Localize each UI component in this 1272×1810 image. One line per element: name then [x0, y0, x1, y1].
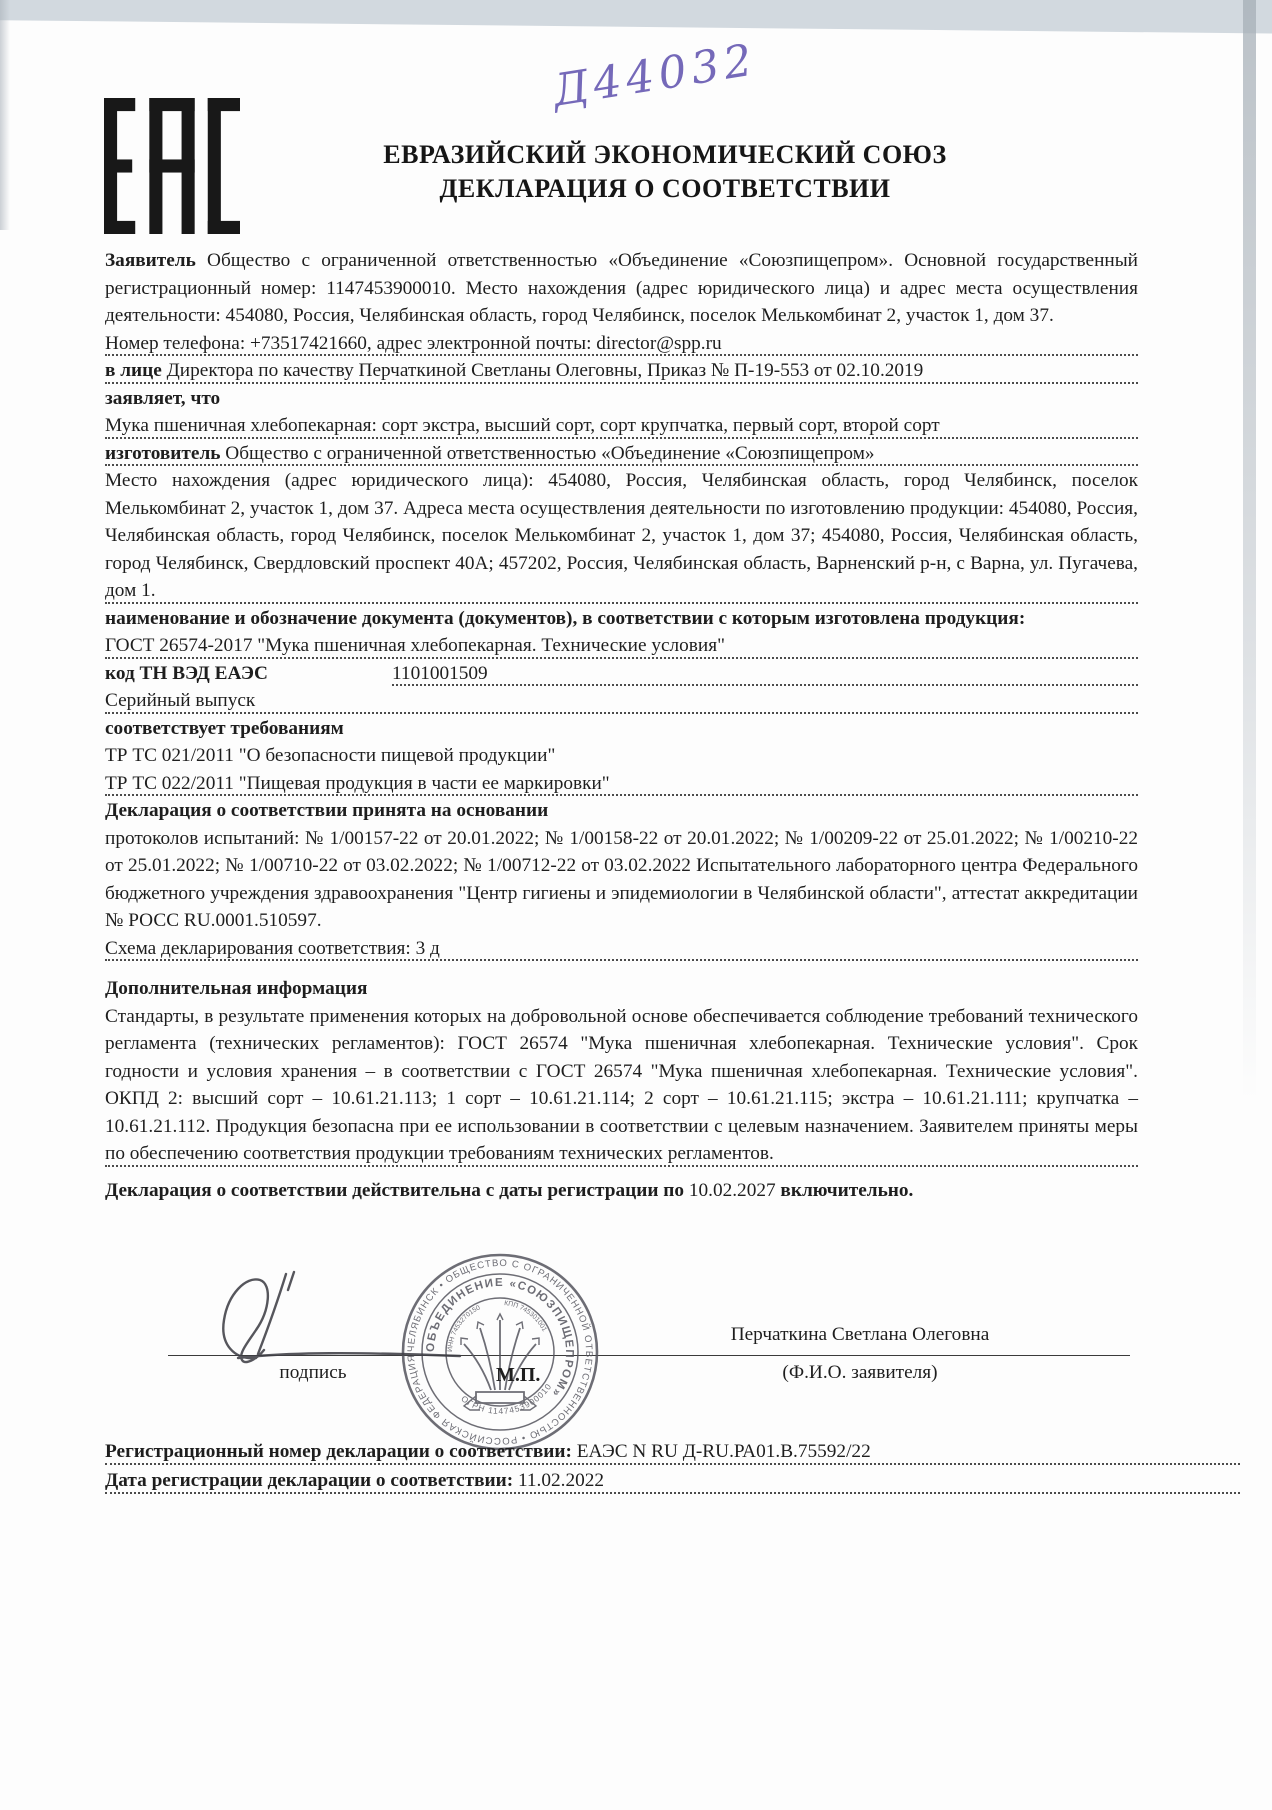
complies-heading: соответствует требованиям: [105, 715, 1138, 743]
validity-date: 10.02.2027: [689, 1180, 776, 1201]
scanner-edge-band-top: [0, 0, 1272, 34]
validity-suffix: включительно.: [776, 1180, 914, 1201]
tnved-line: код ТН ВЭД ЕАЭС 1101001509: [105, 660, 1138, 688]
manufacturer-text: Общество с ограниченной ответственностью…: [225, 443, 874, 464]
applicant-label: Заявитель: [105, 250, 196, 271]
doc-heading: наименование и обозначение документа (до…: [105, 605, 1138, 633]
v-lice-text: Директора по качеству Перчаткиной Светла…: [167, 360, 924, 381]
tnved-value: 1101001509: [392, 660, 1138, 688]
protocols-paragraph: протоколов испытаний: № 1/00157-22 от 20…: [105, 825, 1138, 935]
handwritten-number: Д44032: [549, 34, 760, 117]
registration-date-line: Дата регистрации декларации о соответств…: [105, 1466, 1240, 1495]
v-lice-line: в лице Директора по качеству Перчаткиной…: [105, 357, 1138, 385]
registration-number-line: Регистрационный номер декларации о соотв…: [105, 1437, 1240, 1466]
tr-022-line: ТР ТС 022/2011 "Пищевая продукция в част…: [105, 770, 1138, 798]
manufacturer-label: изготовитель: [105, 443, 220, 464]
additional-heading: Дополнительная информация: [105, 975, 1138, 1003]
scheme-line: Схема декларирования соответствия: 3 д: [105, 935, 1138, 963]
document-body: Заявитель Общество с ограниченной ответс…: [105, 247, 1138, 1204]
fio-caption: (Ф.И.О. заявителя): [650, 1362, 1070, 1384]
scanner-edge-band-left: [0, 0, 10, 230]
serial-line: Серийный выпуск: [105, 687, 1138, 715]
manufacturer-line: изготовитель Общество с ограниченной отв…: [105, 440, 1138, 468]
basis-heading: Декларация о соответствии принята на осн…: [105, 797, 1138, 825]
phone-line: Номер телефона: +73517421660, адрес элек…: [105, 330, 1138, 358]
tr-021-line: ТР ТС 021/2011 "О безопасности пищевой п…: [105, 742, 1138, 770]
location-paragraph: Место нахождения (адрес юридического лиц…: [105, 467, 1138, 605]
declares-line: заявляет, что: [105, 385, 1138, 413]
validity-line: Декларация о соответствии действительна …: [105, 1177, 1138, 1205]
registration-number-label: Регистрационный номер декларации о соотв…: [105, 1441, 577, 1462]
scanned-declaration-page: Д44032 ЕВРАЗИЙСКИЙ ЭКОНОМИЧЕСКИЙ СОЮЗ ДЕ…: [0, 0, 1272, 1810]
registration-date-label: Дата регистрации декларации о соответств…: [105, 1470, 518, 1491]
applicant-fio-name: Перчаткина Светлана Олеговна: [650, 1324, 1070, 1346]
title-declaration: ДЕКЛАРАЦИЯ О СООТВЕТСТВИИ: [250, 172, 1080, 206]
validity-prefix: Декларация о соответствии действительна …: [105, 1180, 689, 1201]
gost-line: ГОСТ 26574-2017 "Мука пшеничная хлебопек…: [105, 632, 1138, 660]
stamp-place-mark: М.П.: [496, 1364, 540, 1387]
additional-paragraph: Стандарты, в результате применения котор…: [105, 1003, 1138, 1168]
registration-section: Регистрационный номер декларации о соотв…: [105, 1437, 1240, 1495]
scanner-edge-band-right: [1243, 0, 1256, 1100]
registration-number-value: ЕАЭС N RU Д-RU.РА01.В.75592/22: [577, 1441, 871, 1462]
eac-logo-icon: [104, 97, 240, 235]
applicant-paragraph: Заявитель Общество с ограниченной ответс…: [105, 247, 1138, 330]
registration-date-value: 11.02.2022: [518, 1470, 604, 1491]
product-line: Мука пшеничная хлебопекарная: сорт экстр…: [105, 412, 1138, 440]
applicant-text: Общество с ограниченной ответственностью…: [105, 250, 1138, 326]
title-union: ЕВРАЗИЙСКИЙ ЭКОНОМИЧЕСКИЙ СОЮЗ: [250, 138, 1080, 172]
document-title: ЕВРАЗИЙСКИЙ ЭКОНОМИЧЕСКИЙ СОЮЗ ДЕКЛАРАЦИ…: [250, 138, 1080, 206]
v-lice-label: в лице: [105, 360, 162, 381]
tnved-label: код ТН ВЭД ЕАЭС: [105, 660, 392, 688]
handwritten-signature: [198, 1266, 478, 1376]
